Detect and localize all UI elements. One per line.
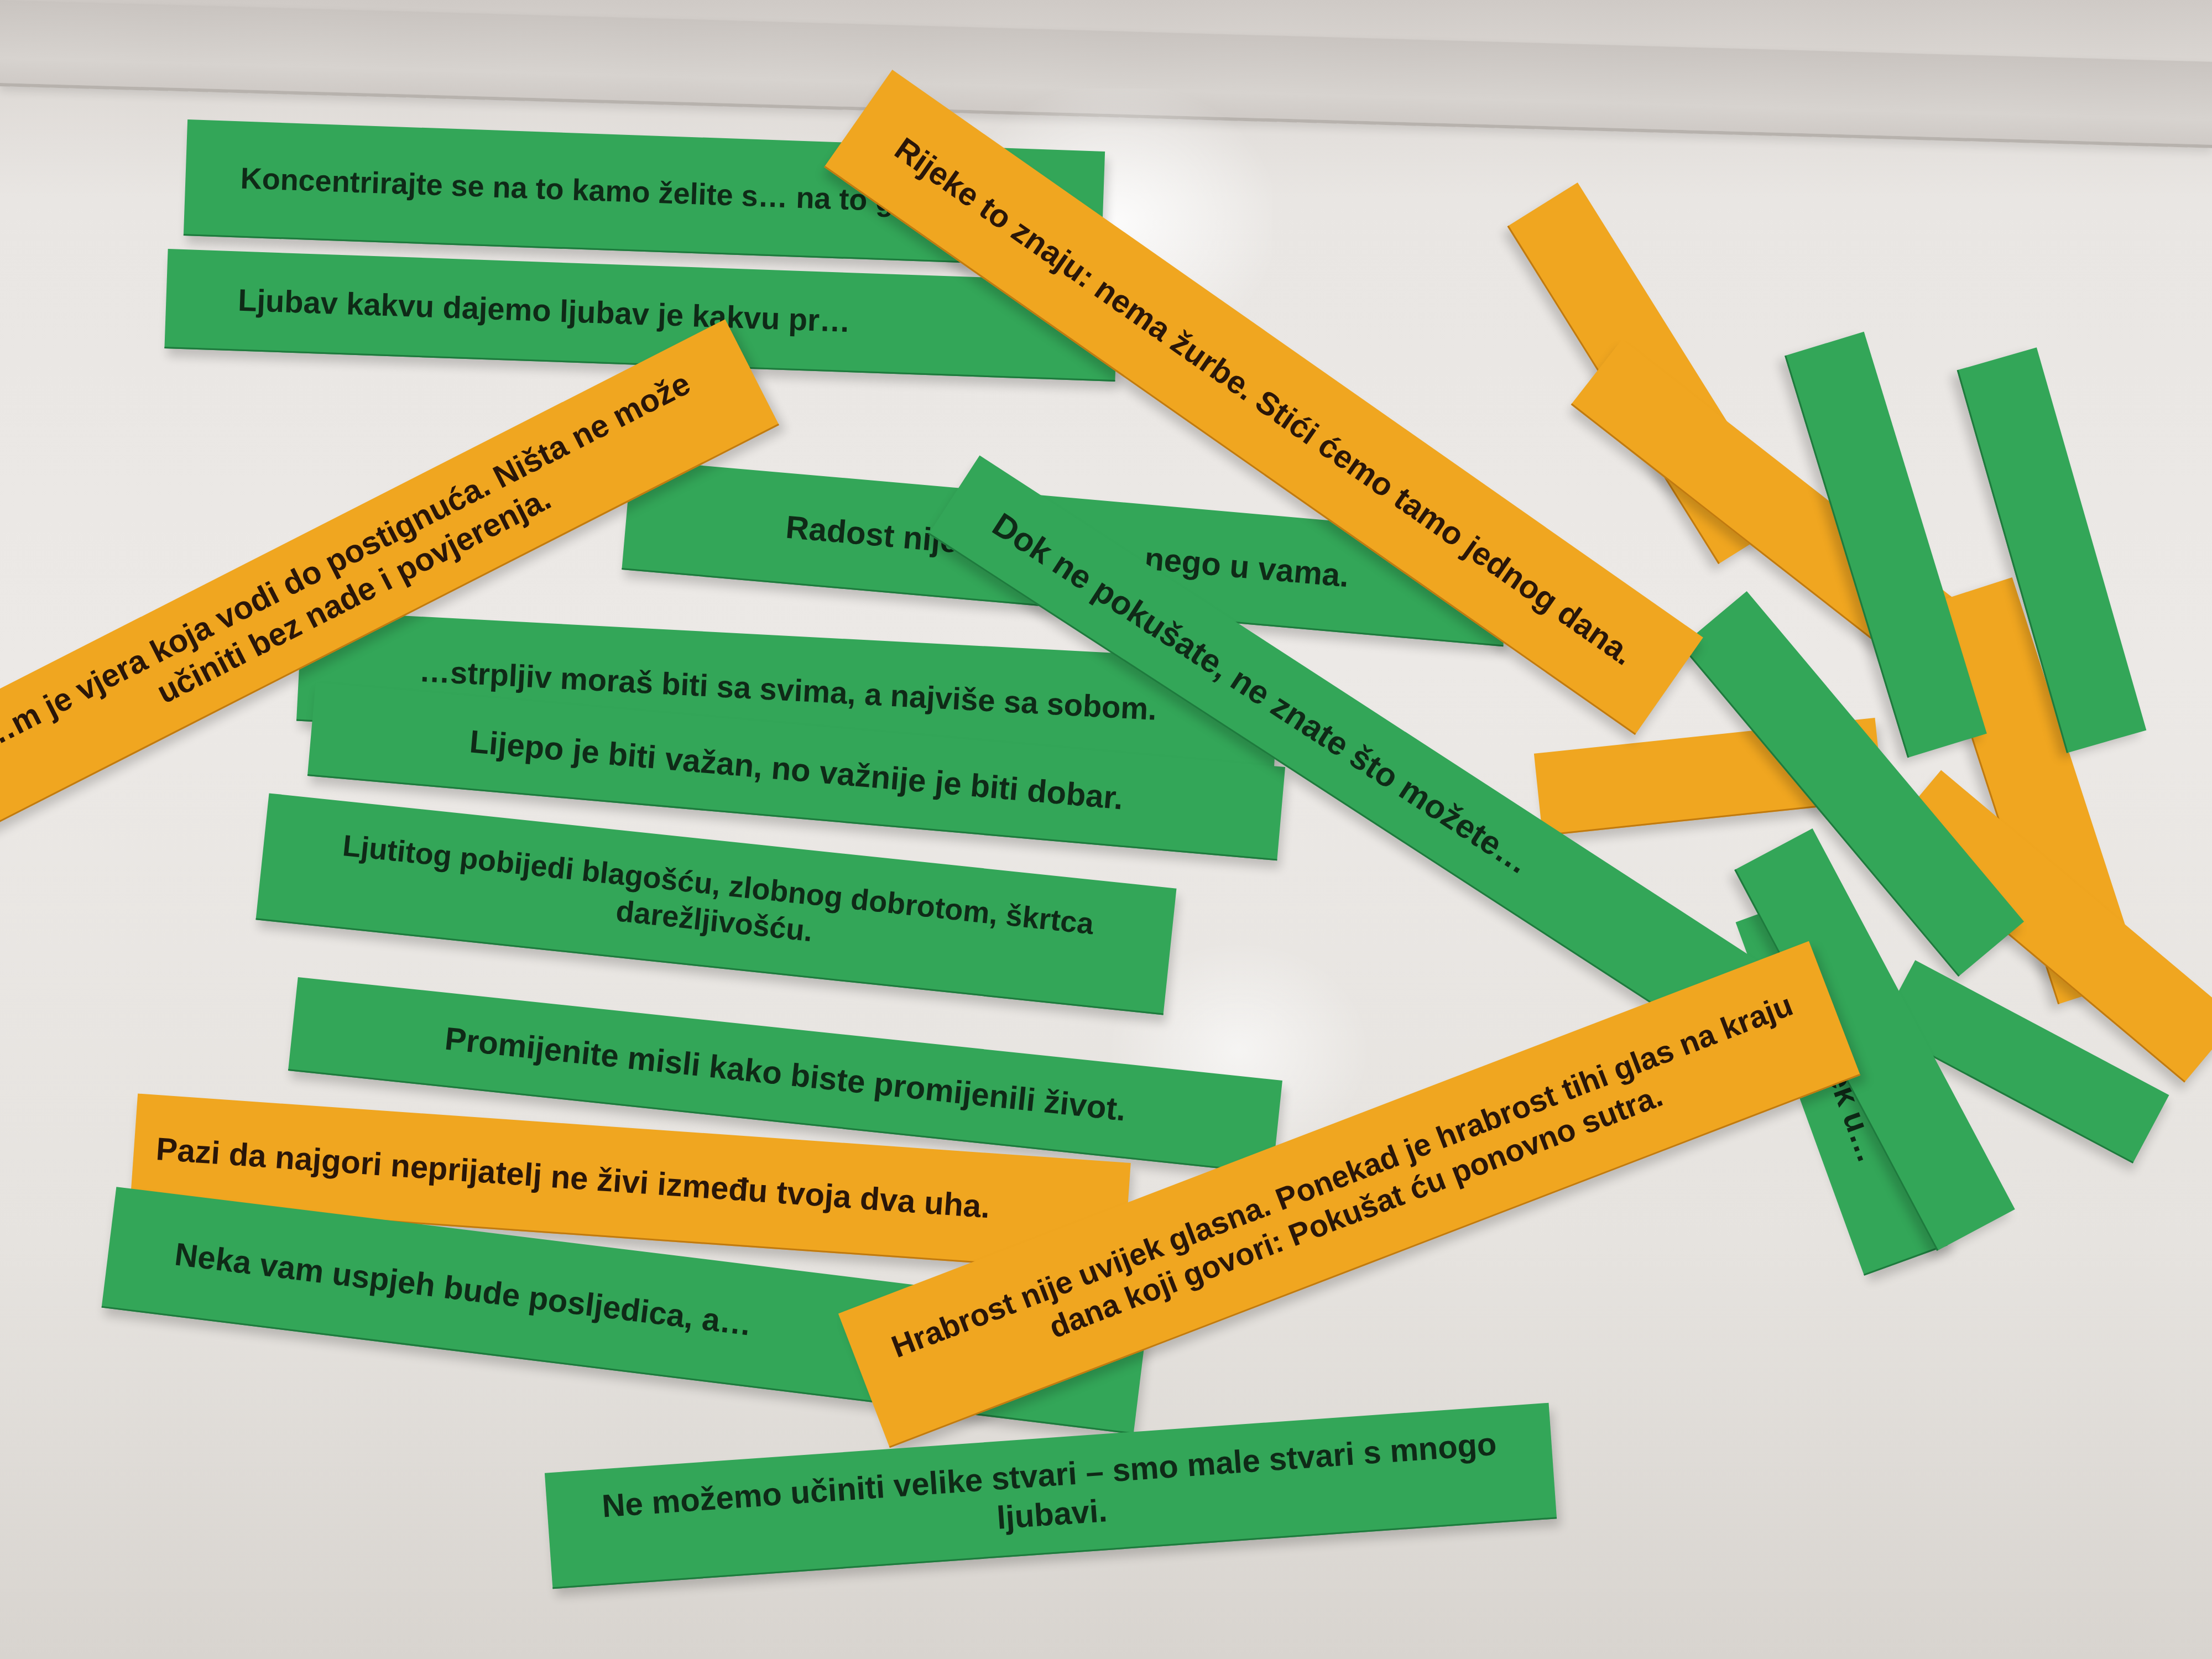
strip-text: Ljubav kakvu dajemo ljubav je kakvu pr… (237, 281, 851, 341)
strip-text: Promijenite misli kako biste promijenili… (443, 1020, 1128, 1130)
quote-strip-rijeke[interactable]: Rijeke to znaju: nema žurbe. Stići ćemo … (824, 70, 1703, 735)
strip-text: Ljutitog pobijedi blagošću, zlobnog dobr… (281, 822, 1152, 985)
quote-strip-ne-mozemo[interactable]: Ne možemo učiniti velike stvari – smo ma… (545, 1403, 1557, 1589)
strip-text: Ne možemo učiniti velike stvari – smo ma… (568, 1422, 1533, 1568)
strip-text: Neka vam uspjeh bude posljedica, a… (173, 1235, 754, 1344)
